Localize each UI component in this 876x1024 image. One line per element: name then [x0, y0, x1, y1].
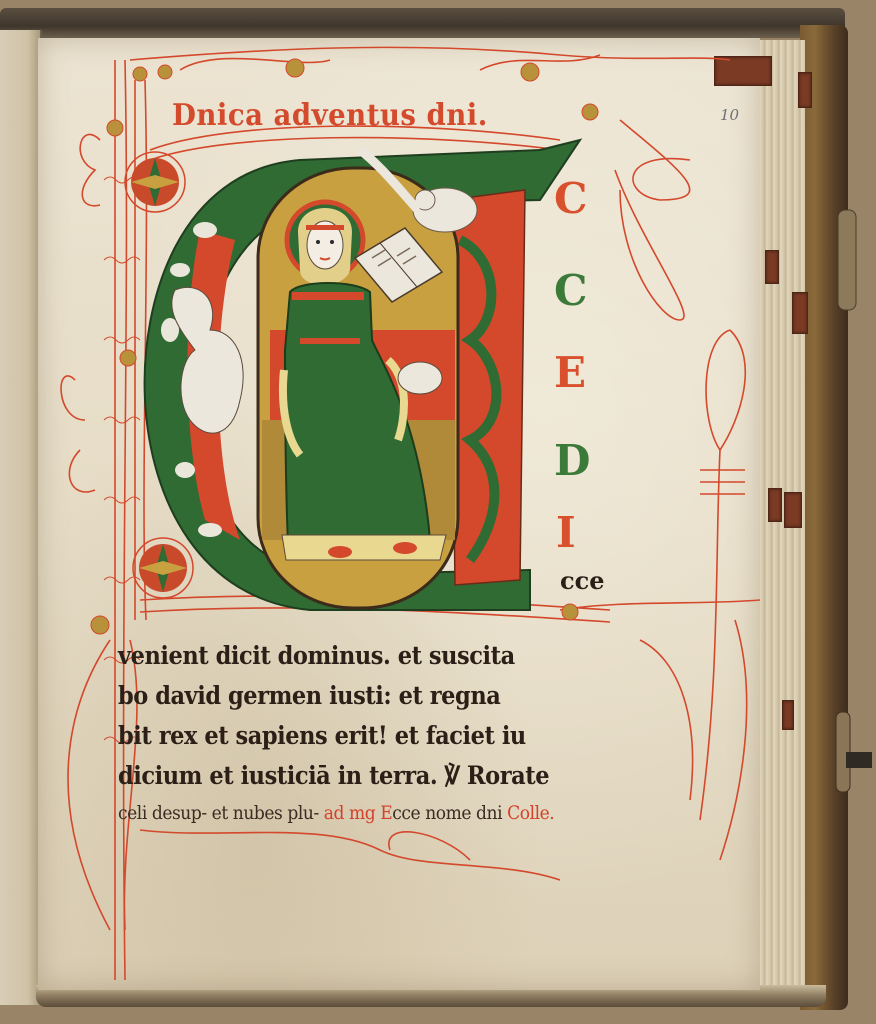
decorated-letter: I	[556, 512, 576, 554]
rosette-icon	[125, 152, 185, 212]
decorated-letter: D	[554, 440, 590, 482]
decorated-letter: E	[554, 352, 586, 394]
historiated-initial	[145, 140, 580, 610]
rubric-capital: E	[380, 802, 392, 824]
rubric-title: Dnica adventus dni.	[172, 98, 488, 133]
text-line: bit rex et sapiens erit! et faciet iu	[118, 716, 568, 756]
rosette-icon	[133, 538, 193, 598]
text-segment: celi desup- et nubes plu-	[118, 802, 319, 824]
rubric-segment: ad mg	[324, 802, 375, 824]
folio-number: 10	[720, 106, 739, 124]
manuscript-book: 10 Dnica adventus dni. C C E D I cce ven…	[0, 0, 876, 1024]
text-segment: cce nome dni	[392, 802, 502, 824]
rubric-segment: Colle.	[507, 802, 554, 824]
decorated-letter: C	[554, 270, 587, 312]
text-line: bo david germen iusti: et regna	[118, 676, 568, 716]
clasp-icon	[836, 210, 872, 792]
decoration-layer	[0, 0, 876, 1024]
decorated-letter: C	[554, 178, 587, 220]
text-block: venient dicit dominus. et suscita bo dav…	[118, 636, 618, 830]
text-line: dicium et iusticiā in terra. ℣ Rorate	[118, 756, 568, 796]
text-line-last: celi desup- et nubes plu- ad mg Ecce nom…	[118, 796, 568, 830]
initial-continuation: cce	[560, 560, 605, 602]
text-line: venient dicit dominus. et suscita	[118, 636, 568, 676]
